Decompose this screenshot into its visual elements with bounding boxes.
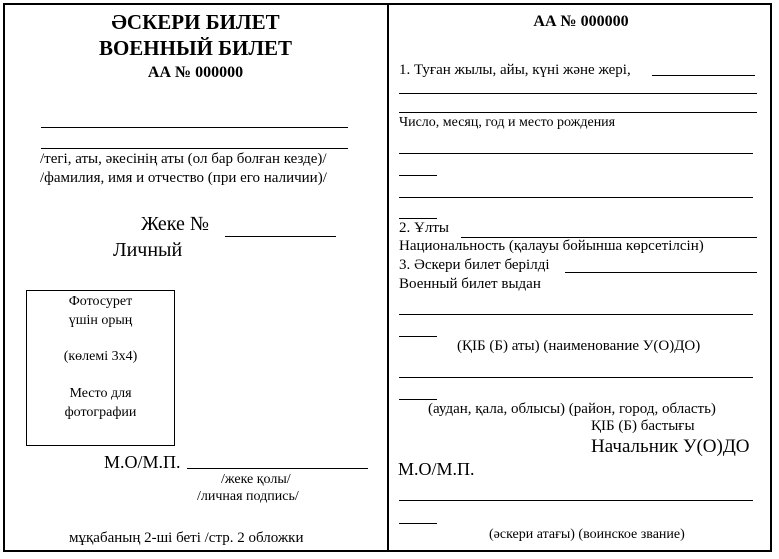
office-caption: (ҚІБ (Б) аты) (наименование У(О)ДО) xyxy=(457,338,700,355)
rank-caption: (әскери атағы) (воинское звание) xyxy=(489,527,685,543)
title-ru: ВОЕННЫЙ БИЛЕТ xyxy=(3,36,388,61)
signature-caption-kz: /жеке қолы/ xyxy=(221,472,291,488)
photo-text-2: үшін орың xyxy=(27,311,174,330)
office-line[interactable] xyxy=(399,314,753,315)
stamp-label-right: М.О/М.П. xyxy=(398,459,475,480)
photo-placeholder: Фотосурет үшін орың (көлемі 3х4) Место д… xyxy=(26,290,175,446)
field2-label-ru: Национальность (қалауы бойынша көрсетілс… xyxy=(399,238,704,255)
field1-line-4[interactable] xyxy=(399,197,753,198)
photo-text-3: Место для xyxy=(27,384,174,403)
photo-text-1: Фотосурет xyxy=(27,292,174,311)
serial-number-right: АА № 000000 xyxy=(389,13,773,31)
field1-label-ru: Число, месяц, год и место рождения xyxy=(399,115,615,131)
chief-label-kz: ҚІБ (Б) бастығы xyxy=(591,418,695,435)
page-divider xyxy=(387,3,389,552)
photo-size: (көлемі 3х4) xyxy=(27,347,174,366)
personal-no-label-ru: Личный xyxy=(113,239,182,262)
field1-label-kz: 1. Туған жылы, айы, күні және жері, xyxy=(399,62,631,79)
district-line[interactable] xyxy=(399,377,753,378)
district-line-end[interactable] xyxy=(399,399,437,400)
page-footer: мұқабаның 2-ші беті /стр. 2 обложки xyxy=(69,530,304,547)
field1-input-inline[interactable] xyxy=(652,75,755,76)
field1-line-3[interactable] xyxy=(399,153,753,154)
chief-label-ru: Начальник У(О)ДО xyxy=(591,436,750,458)
field2-label-kz: 2. Ұлты xyxy=(399,220,449,237)
stamp-label-left: М.О/М.П. xyxy=(104,452,181,473)
field1-line-1[interactable] xyxy=(399,93,757,94)
name-line-2[interactable] xyxy=(41,148,348,149)
rank-line-end[interactable] xyxy=(399,523,437,524)
signature-field[interactable] xyxy=(187,468,368,469)
field3-label-kz: 3. Әскери билет берілді xyxy=(399,257,550,274)
signature-caption-ru: /личная подпись/ xyxy=(197,489,299,505)
field1-line-2[interactable] xyxy=(399,112,757,113)
office-line-end[interactable] xyxy=(399,336,437,337)
name-caption-ru: /фамилия, имя и отчество (при его наличи… xyxy=(40,170,327,187)
rank-line[interactable] xyxy=(399,500,753,501)
field3-label-ru: Военный билет выдан xyxy=(399,276,541,293)
serial-number: АА № 000000 xyxy=(3,64,388,82)
name-line-1[interactable] xyxy=(41,127,348,128)
title-kz: ӘСКЕРИ БИЛЕТ xyxy=(3,10,388,35)
personal-no-field[interactable] xyxy=(225,236,336,237)
name-caption-kz: /тегі, аты, әкесінің аты (ол бар болған … xyxy=(40,151,327,168)
photo-text-4: фотографии xyxy=(27,403,174,422)
field1-line-4-end[interactable] xyxy=(399,218,437,219)
personal-no-label-kz: Жеке № xyxy=(141,213,209,236)
field3-input[interactable] xyxy=(565,272,757,273)
field1-line-3-end[interactable] xyxy=(399,175,437,176)
district-caption: (аудан, қала, облысы) (район, город, обл… xyxy=(428,401,716,418)
